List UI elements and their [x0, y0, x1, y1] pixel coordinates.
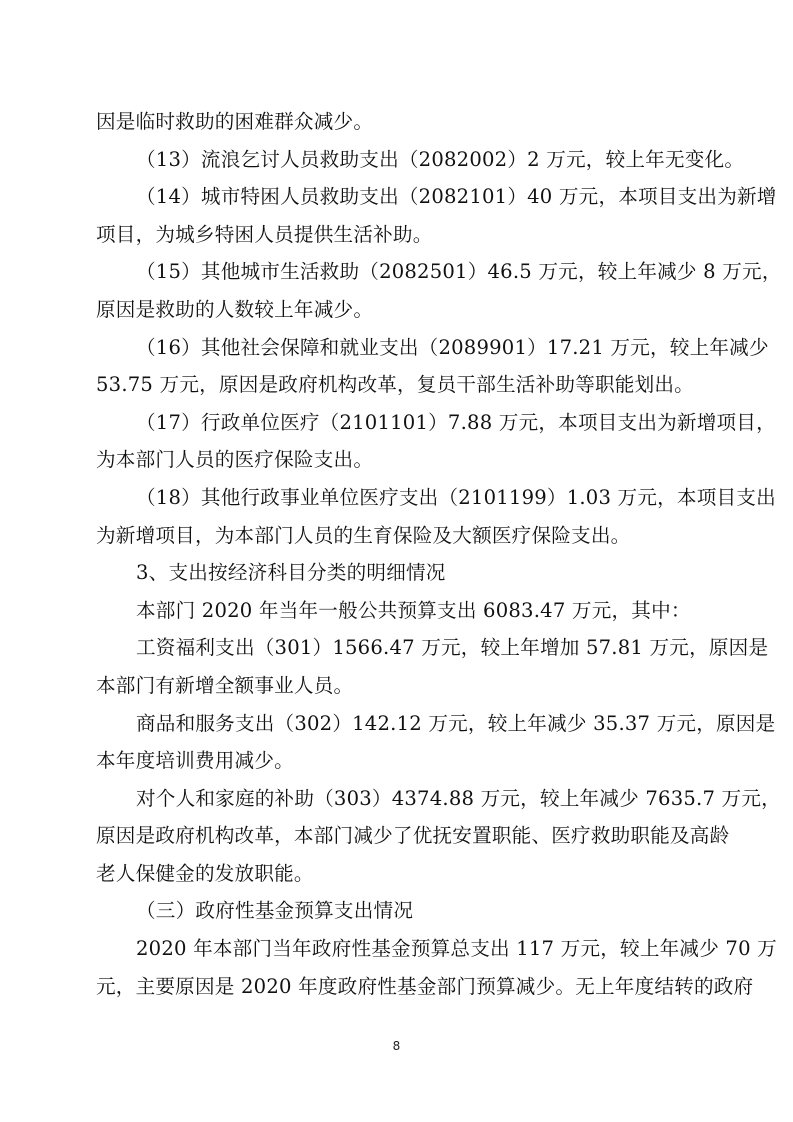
- text-line-wages-301: 工资福利支出（301）1566.47 万元，较上年增加 57.81 万元，原因是: [96, 629, 700, 667]
- text-line-item-14-cont: 项目，为城乡特困人员提供生活补助。: [96, 216, 700, 254]
- text-line-item-17-cont: 为本部门人员的医疗保险支出。: [96, 441, 700, 479]
- text-line-government-fund-cont: 元，主要原因是 2020 年度政府性基金部门预算减少。无上年度结转的政府: [96, 968, 700, 1006]
- text-line-goods-services-302: 商品和服务支出（302）142.12 万元，较上年减少 35.37 万元，原因是: [96, 705, 700, 743]
- text-line-item-18: （18）其他行政事业单位医疗支出（2101199）1.03 万元，本项目支出: [96, 479, 700, 517]
- text-line-item-15-cont: 原因是救助的人数较上年减少。: [96, 291, 700, 329]
- text-line-wages-301-cont: 本部门有新增全额事业人员。: [96, 667, 700, 705]
- text-line-item-13: （13）流浪乞讨人员救助支出（2082002）2 万元，较上年无变化。: [96, 141, 700, 179]
- section-heading-government-fund: （三）政府性基金预算支出情况: [96, 892, 700, 930]
- page-number: 8: [0, 1039, 793, 1053]
- text-line-subsidies-303-cont-2: 老人保健金的发放职能。: [96, 855, 700, 893]
- text-line-item-16-cont: 53.75 万元，原因是政府机构改革，复员干部生活补助等职能划出。: [96, 366, 700, 404]
- section-heading-economic-classification: 3、支出按经济科目分类的明细情况: [96, 554, 700, 592]
- text-line-item-17: （17）行政单位医疗（2101101）7.88 万元，本项目支出为新增项目，: [96, 404, 700, 442]
- text-line-continuation: 因是临时救助的困难群众减少。: [96, 103, 700, 141]
- document-text: 因是临时救助的困难群众减少。 （13）流浪乞讨人员救助支出（2082002）2 …: [96, 103, 700, 1005]
- text-line-subsidies-303: 对个人和家庭的补助（303）4374.88 万元，较上年减少 7635.7 万元…: [96, 780, 700, 818]
- text-line-item-14: （14）城市特困人员救助支出（2082101）40 万元，本项目支出为新增: [96, 178, 700, 216]
- text-line-item-18-cont: 为新增项目，为本部门人员的生育保险及大额医疗保险支出。: [96, 517, 700, 555]
- text-line-total-expenditure: 本部门 2020 年当年一般公共预算支出 6083.47 万元，其中：: [96, 592, 700, 630]
- document-page-body: 因是临时救助的困难群众减少。 （13）流浪乞讨人员救助支出（2082002）2 …: [96, 103, 700, 1005]
- text-line-goods-services-302-cont: 本年度培训费用减少。: [96, 742, 700, 780]
- text-line-item-16: （16）其他社会保障和就业支出（2089901）17.21 万元，较上年减少: [96, 329, 700, 367]
- text-line-item-15: （15）其他城市生活救助（2082501）46.5 万元，较上年减少 8 万元，: [96, 253, 700, 291]
- text-line-subsidies-303-cont: 原因是政府机构改革，本部门减少了优抚安置职能、医疗救助职能及高龄: [96, 817, 700, 855]
- text-line-government-fund: 2020 年本部门当年政府性基金预算总支出 117 万元，较上年减少 70 万: [96, 930, 700, 968]
